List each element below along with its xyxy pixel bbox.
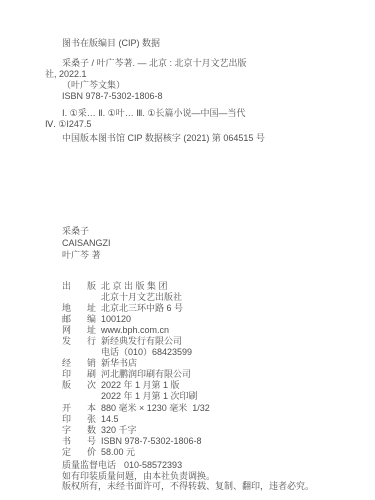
colophon-label: 邮编 — [62, 314, 96, 325]
cip-classification-line1: Ⅰ. ①采… Ⅱ. ①叶… Ⅲ. ①长篇小说—中国—当代 — [45, 108, 345, 119]
colophon-value: ISBN 978-7-5302-1806-8 — [101, 436, 202, 447]
colophon-label — [62, 292, 96, 303]
colophon-row-wordcount: 字数 320 千字 — [62, 425, 352, 436]
book-title-chinese: 采桑子 — [62, 226, 111, 238]
colophon-row-format: 开本 880 毫米 × 1230 毫米 1/32 — [62, 403, 352, 414]
colophon-row-postcode: 邮编 100120 — [62, 314, 352, 325]
colophon-value: 2022 年 1 月第 1 次印刷 — [101, 391, 198, 402]
colophon-value: 58.00 元 — [101, 447, 135, 458]
colophon-label: 字数 — [62, 425, 96, 436]
colophon-label: 书号 — [62, 436, 96, 447]
colophon-value: 2022 年 1 月第 1 版 — [101, 380, 180, 391]
colophon-row-address: 地址 北京北三环中路 6 号 — [62, 303, 352, 314]
quality-phone-row: 质量监督电话 010-58572393 — [62, 460, 215, 471]
colophon-row-sheets: 印张 14.5 — [62, 414, 352, 425]
colophon-label: 印张 — [62, 414, 96, 425]
colophon-value: 320 千字 — [101, 425, 137, 436]
colophon-value: www.bph.com.cn — [101, 325, 169, 336]
colophon-label: 出版 — [62, 281, 96, 292]
colophon-label: 版次 — [62, 380, 96, 391]
cip-header: 图书在版编目 (CIP) 数据 — [45, 38, 345, 49]
book-copyright-page: 图书在版编目 (CIP) 数据 采桑子 / 叶广芩著. — 北京 : 北京十月文… — [0, 0, 375, 500]
colophon-row-retailer: 经销 新华书店 — [62, 358, 352, 369]
colophon-value: 880 毫米 × 1230 毫米 1/32 — [101, 403, 210, 414]
colophon-row-publisher-cont: 北京十月文艺出版社 — [62, 292, 352, 303]
cip-isbn: ISBN 978-7-5302-1806-8 — [45, 91, 345, 102]
cip-series: （叶广芩文集） — [45, 80, 345, 91]
colophon-table: 出版 北 京 出 版 集 团 北京十月文艺出版社 地址 北京北三环中路 6 号 … — [62, 281, 352, 458]
colophon-row-isbn: 书号 ISBN 978-7-5302-1806-8 — [62, 436, 352, 447]
colophon-label: 地址 — [62, 303, 96, 314]
book-title-pinyin: CAISANGZI — [62, 238, 111, 250]
colophon-label: 网址 — [62, 325, 96, 336]
colophon-value: 北京北三环中路 6 号 — [101, 303, 183, 314]
colophon-row-edition: 版次 2022 年 1 月第 1 版 — [62, 380, 352, 391]
colophon-row-publisher: 出版 北 京 出 版 集 团 — [62, 281, 352, 292]
colophon-label: 定价 — [62, 447, 96, 458]
colophon-row-printer: 印刷 河北鹏润印刷有限公司 — [62, 369, 352, 380]
cip-title-line1: 采桑子 / 叶广芩著. — 北京 : 北京十月文艺出版 — [45, 58, 345, 69]
colophon-value: 100120 — [101, 314, 131, 325]
colophon-value: 河北鹏润印刷有限公司 — [101, 369, 191, 380]
quality-block: 质量监督电话 010-58572393 如有印装质量问题，由本社负责调换。 — [62, 460, 215, 482]
colophon-label: 印刷 — [62, 369, 96, 380]
book-author: 叶广芩 著 — [62, 250, 111, 262]
title-block: 采桑子 CAISANGZI 叶广芩 著 — [62, 226, 111, 262]
colophon-row-distributor: 发行 新经典发行有限公司 — [62, 336, 352, 347]
colophon-value: 14.5 — [101, 414, 119, 425]
cip-title-line2: 社, 2022.1 — [45, 69, 345, 80]
colophon-value: 电话（010）68423599 — [101, 347, 192, 358]
colophon-label: 经销 — [62, 358, 96, 369]
cip-block: 图书在版编目 (CIP) 数据 采桑子 / 叶广芩著. — 北京 : 北京十月文… — [45, 38, 345, 144]
copyright-notice: 版权所有，未经书面许可，不得转载、复制、翻印，违者必究。 — [62, 481, 314, 492]
colophon-row-distributor-phone: 电话（010）68423599 — [62, 347, 352, 358]
quality-phone-number: 010-58572393 — [124, 460, 182, 471]
colophon-label: 发行 — [62, 336, 96, 347]
quality-phone-label: 质量监督电话 — [62, 460, 116, 471]
colophon-row-website: 网址 www.bph.com.cn — [62, 325, 352, 336]
colophon-row-edition-cont: 2022 年 1 月第 1 次印刷 — [62, 391, 352, 402]
colophon-row-price: 定价 58.00 元 — [62, 447, 352, 458]
cip-record-number: 中国版本图书馆 CIP 数据核字 (2021) 第 064515 号 — [45, 133, 345, 144]
colophon-value: 北京十月文艺出版社 — [101, 292, 182, 303]
colophon-value: 新经典发行有限公司 — [101, 336, 182, 347]
colophon-label — [62, 347, 96, 358]
colophon-label — [62, 391, 96, 402]
colophon-value: 新华书店 — [101, 358, 137, 369]
cip-classification-line2: Ⅳ. ①I247.5 — [45, 119, 345, 130]
colophon-label: 开本 — [62, 403, 96, 414]
colophon-value: 北 京 出 版 集 团 — [101, 281, 168, 292]
